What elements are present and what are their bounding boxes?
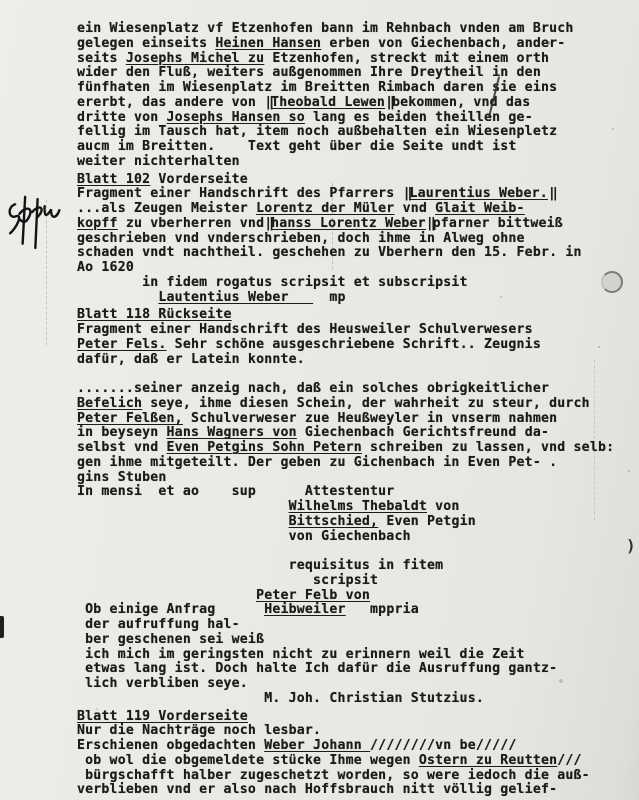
text-line: selbst vnd Even Petgins Sohn Petern schr… xyxy=(77,441,614,456)
text-line: M. Joh. Christian Stutzius. xyxy=(77,692,614,707)
text-line: ob wol die obgemeldete stücke Ihme wegen… xyxy=(77,754,614,769)
text-line: ererbt, das andere von ||Theobald Lewen|… xyxy=(77,96,614,111)
text-line: gen ihme mitgeteilt. Der geben zu Gichen… xyxy=(77,456,614,471)
text-line: wider den Fluß, weiters außgenommen Ihre… xyxy=(77,66,614,81)
text-line: weiter nichterhalten xyxy=(77,155,614,170)
text-line: Ob einige Anfrag Heibweiler mppria xyxy=(77,603,614,618)
text-line: Erschienen obgedachten Weber Johann ////… xyxy=(77,739,614,754)
paper-crease xyxy=(332,183,333,269)
text-line: lich verbliben seye. xyxy=(77,677,614,692)
text-line: der aufruffung hal- xyxy=(77,618,614,633)
text-line: gelegen einseits Heinen Hansen erben von… xyxy=(77,37,614,52)
handwritten-initials-icon xyxy=(4,192,62,256)
text-line: Peter Fels. Sehr schöne ausgeschriebene … xyxy=(77,338,614,353)
text-line: kopff zu vberherren vnd||hanss Lorentz W… xyxy=(77,217,614,232)
text-line: fellig im Tausch hat, item noch außbehal… xyxy=(77,125,614,140)
paper-crease xyxy=(594,360,595,520)
text-line: dafür, daß er Latein konnte. xyxy=(77,353,614,368)
text-line: in fidem rogatus scripsit et subscripsit xyxy=(77,276,614,291)
text-line: ber geschenen sei weiß xyxy=(77,633,614,648)
text-line: fünfhaten im Wiesenplatz im Breitten Rim… xyxy=(77,81,614,96)
text-line: scripsit xyxy=(77,574,614,589)
text-line xyxy=(77,544,614,559)
punch-hole-mark xyxy=(601,271,623,293)
ink-mark: ) xyxy=(626,536,636,555)
text-line: Befelich seye, ihme diesen Schein, der w… xyxy=(77,397,614,412)
text-line: etwas lang ist. Doch halte Ich dafür die… xyxy=(77,662,614,677)
insertion-bars-mark: || xyxy=(385,95,392,110)
text-line: aucm im Breitten. Text geht über die Sei… xyxy=(77,140,614,155)
text-line: .......seiner anzeig nach, daß ein solch… xyxy=(77,382,614,397)
text-line: Ao 1620 xyxy=(77,261,614,276)
section-heading: Blatt 118 Rückseite xyxy=(77,308,614,323)
text-line: ein Wiesenplatz vf Etzenhofen bann im Re… xyxy=(77,22,614,37)
text-line: von Giechenbach xyxy=(77,530,614,545)
paper-crease xyxy=(46,200,47,345)
text-line: verblieben vnd er also nach Hoffsbrauch … xyxy=(77,783,614,798)
text-line: schaden vndt nachtheil. geschehen zu Vbe… xyxy=(77,246,614,261)
text-line: ...als Zeugen Meister Lorentz der Müler … xyxy=(77,202,614,217)
text-line: Nur die Nachträge noch lesbar. xyxy=(77,724,614,739)
insertion-bars-mark: || xyxy=(548,186,555,201)
text-line: requisitus in fitem xyxy=(77,559,614,574)
text-line: Bittschied, Even Petgin xyxy=(77,515,614,530)
text-line: Fragment einer Handschrift des Pfarrers … xyxy=(77,187,614,202)
document-page: ein Wiesenplatz vf Etzenhofen bann im Re… xyxy=(0,0,639,800)
text-line: Lautentius Weber mp xyxy=(77,291,614,306)
document-lines: ein Wiesenplatz vf Etzenhofen bann im Re… xyxy=(77,22,614,798)
insertion-bars-mark: || xyxy=(426,216,433,231)
text-line: Fragment einer Handschrift des Heusweile… xyxy=(77,323,614,338)
text-line: in beyseyn Hans Wagners von Giechenbach … xyxy=(77,426,614,441)
edge-ink-blob xyxy=(0,616,4,638)
text-line: In mensi et ao sup Attestentur xyxy=(77,485,614,500)
paper-specks xyxy=(0,0,2,2)
text-line: Wilhelms Thebaldt von xyxy=(77,500,614,515)
text-line xyxy=(77,367,614,382)
